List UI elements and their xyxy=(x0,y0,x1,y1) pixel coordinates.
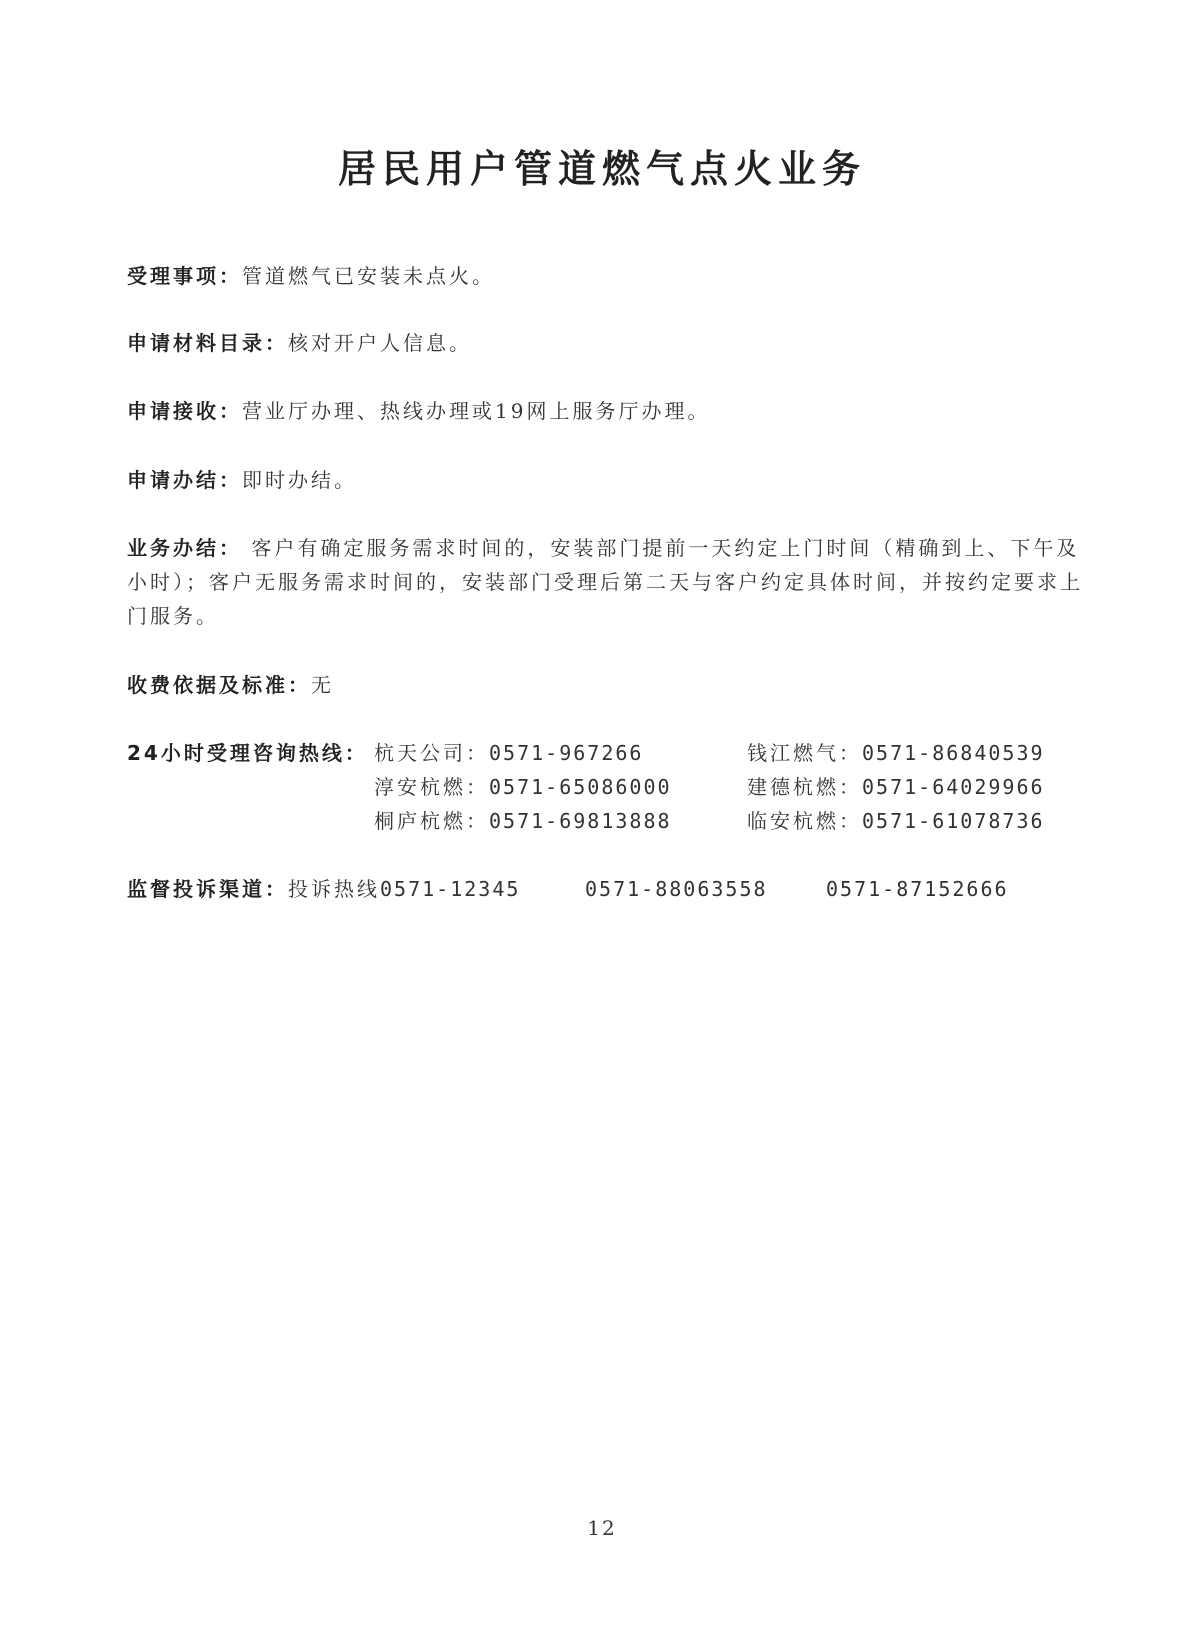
hotline-entry: 钱江燃气：0571-86840539 xyxy=(747,736,1045,770)
section-completion: 申请办结：即时办结。 xyxy=(127,463,1097,497)
section-label: 申请材料目录： xyxy=(127,331,288,355)
complaint-prefix: 投诉热线 xyxy=(288,877,380,901)
section-text: 即时办结。 xyxy=(242,468,357,492)
section-text: 核对开户人信息。 xyxy=(288,331,472,355)
complaint-label: 监督投诉渠道： xyxy=(127,877,288,901)
hotline-entry: 建德杭燃：0571-64029966 xyxy=(747,770,1045,804)
section-text: 客户有确定服务需求时间的，安装部门提前一天约定上门时间（精确到上、下午及小时）；… xyxy=(127,536,1083,628)
section-business-completion: 业务办结： 客户有确定服务需求时间的，安装部门提前一天约定上门时间（精确到上、下… xyxy=(127,531,1097,633)
section-label: 申请接收： xyxy=(127,399,242,423)
complaint-channel: 监督投诉渠道：投诉热线0571-12345 xyxy=(127,872,520,906)
section-label: 申请办结： xyxy=(127,468,242,492)
section-materials: 申请材料目录：核对开户人信息。 xyxy=(127,326,1097,360)
section-fees: 收费依据及标准：无 xyxy=(127,668,1097,702)
section-label: 业务办结： xyxy=(127,536,242,560)
section-application-receipt: 申请接收：营业厅办理、热线办理或19网上服务厅办理。 xyxy=(127,394,1097,428)
section-text: 管道燃气已安装未点火。 xyxy=(242,264,495,288)
page-title: 居民用户管道燃气点火业务 xyxy=(0,138,1204,193)
complaint-phone: 0571-87152666 xyxy=(826,872,1009,906)
complaint-phone: 0571-88063558 xyxy=(585,872,768,906)
section-label: 收费依据及标准： xyxy=(127,673,311,697)
hotline-entry: 临安杭燃：0571-61078736 xyxy=(747,804,1045,838)
hotline-entry: 桐庐杭燃：0571-69813888 xyxy=(374,804,672,838)
complaint-phone: 0571-12345 xyxy=(380,877,520,901)
hotline-entry: 杭天公司：0571-967266 xyxy=(374,736,643,770)
section-label: 受理事项： xyxy=(127,264,242,288)
section-acceptance-item: 受理事项：管道燃气已安装未点火。 xyxy=(127,259,1097,293)
hotline-label: 24小时受理咨询热线： xyxy=(127,736,368,770)
section-text: 无 xyxy=(311,673,334,697)
hotline-entry: 淳安杭燃：0571-65086000 xyxy=(374,770,672,804)
section-text: 营业厅办理、热线办理或19网上服务厅办理。 xyxy=(242,399,710,423)
page-number: 12 xyxy=(0,1516,1204,1540)
